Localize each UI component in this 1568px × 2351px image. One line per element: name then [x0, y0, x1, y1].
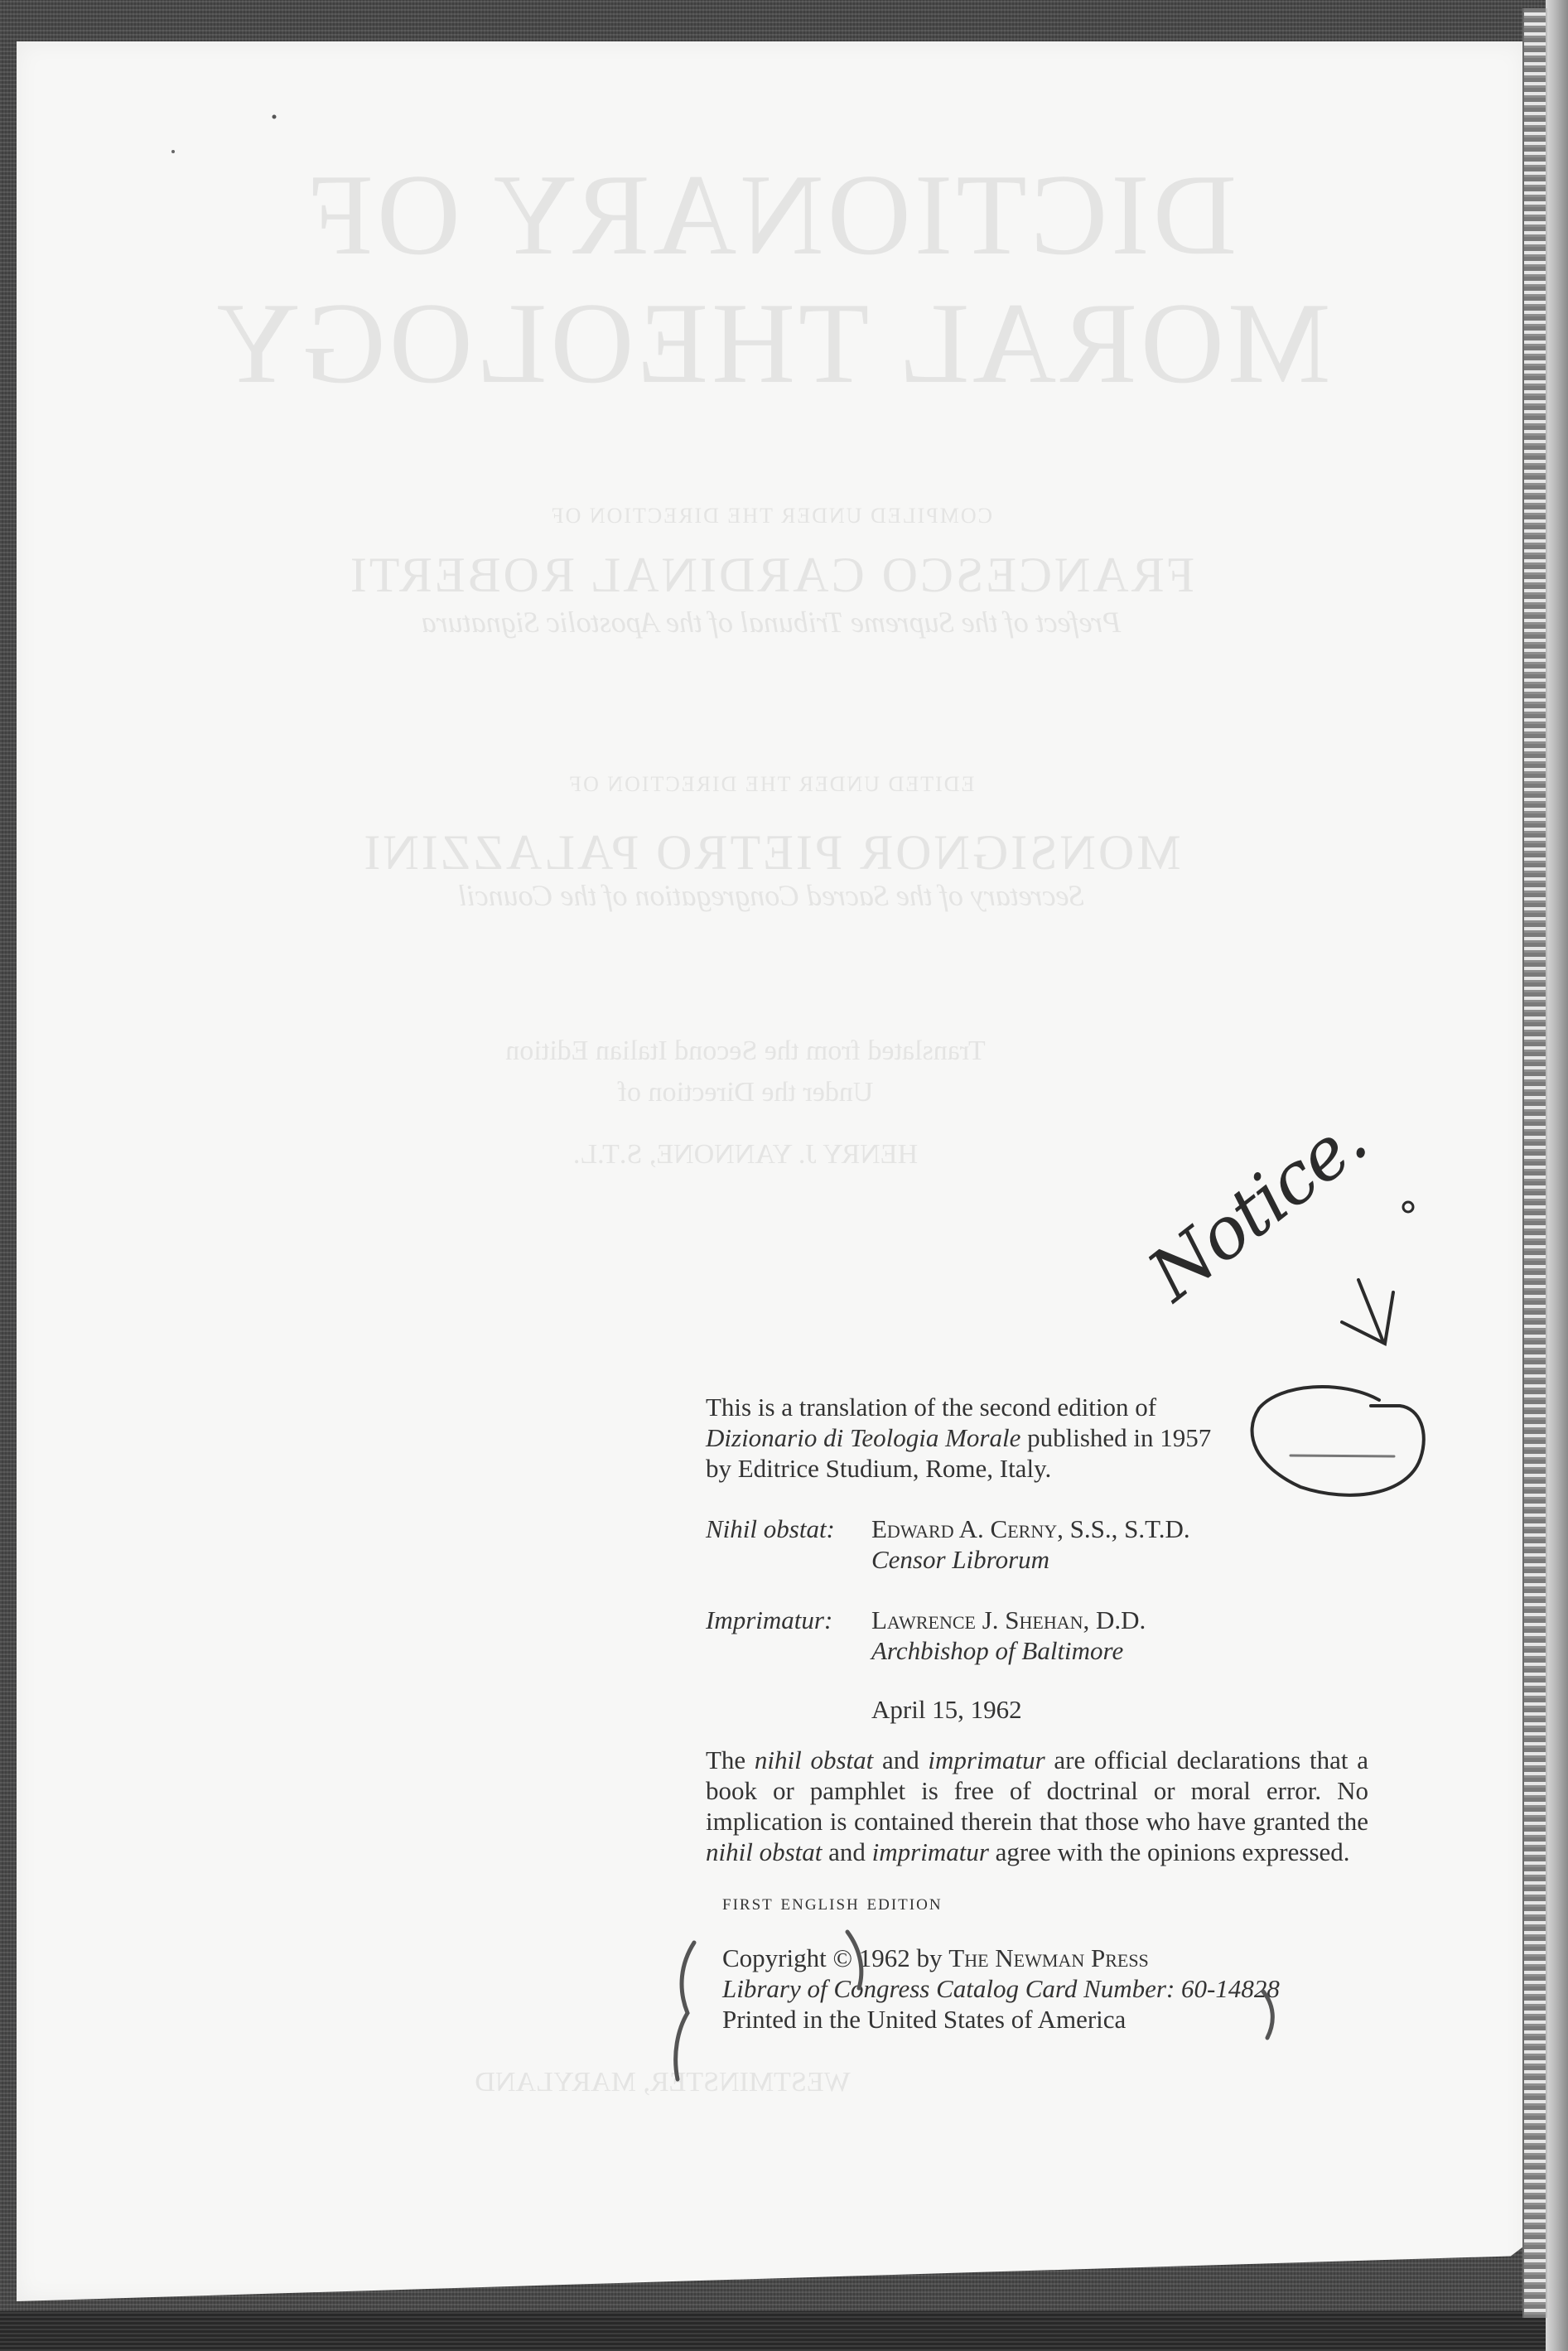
printed-in: Printed in the United States of America: [706, 2004, 1368, 2035]
imprimatur-label: Imprimatur:: [706, 1605, 871, 1635]
disclaimer-text: and: [822, 1837, 871, 1866]
lccn-label: Library of Congress Catalog Card Number:: [722, 1974, 1175, 2003]
ghost-cardinal-name: FRANCESCO CARDINAL ROBERTI: [17, 547, 1526, 604]
ghost-edited-label: EDITED UNDER THE DIRECTION OF: [17, 772, 1526, 797]
copyright-prefix: Copyright © 1962 by: [722, 1943, 948, 1972]
nihil-obstat-label: Nihil obstat:: [706, 1513, 871, 1544]
disclaimer-paragraph: The nihil obstat and imprimatur are offi…: [706, 1745, 1368, 1867]
ghost-monsignor-name: MONSIGNOR PIETRO PALAZZINI: [17, 824, 1526, 881]
edition-statement: FIRST ENGLISH EDITION: [706, 1887, 1368, 1918]
disclaimer-term: nihil obstat: [755, 1745, 873, 1774]
translation-note-line-3: by Editrice Studium, Rome, Italy.: [706, 1454, 1051, 1483]
disclaimer-text: and: [873, 1745, 928, 1774]
disclaimer-term: imprimatur: [928, 1745, 1045, 1774]
ghost-title-line-1: DICTIONARY OF: [17, 157, 1526, 273]
ghost-monsignor-title: Secretary of the Sacred Congregation of …: [17, 878, 1526, 913]
published-year: published in 1957: [1027, 1423, 1211, 1452]
approval-date: April 15, 1962: [706, 1694, 1368, 1725]
ghost-cardinal-title: Prefect of the Supreme Tribunal of the A…: [17, 605, 1526, 640]
imprimatur-name: Lawrence J. Shehan, D.D.: [871, 1605, 1146, 1635]
disclaimer-text: The: [706, 1745, 755, 1774]
ghost-translated-line-2: Under the Direction of: [331, 1077, 1160, 1108]
copyright-block: This is a translation of the second edit…: [706, 1392, 1368, 2035]
imprimatur-role: Archbishop of Baltimore: [706, 1635, 1368, 1666]
ghost-title-line-2: MORAL THEOLOGY: [17, 286, 1526, 402]
translation-note-line-1: This is a translation of the second edit…: [706, 1393, 1156, 1422]
copyright-line: Copyright © 1962 by The Newman Press: [706, 1943, 1368, 1973]
imprimatur: Imprimatur: Lawrence J. Shehan, D.D.: [706, 1605, 1368, 1635]
disclaimer-term: imprimatur: [872, 1837, 989, 1866]
lccn-line: Library of Congress Catalog Card Number:…: [706, 1973, 1368, 2004]
ghost-translated-line-1: Translated from the Second Italian Editi…: [331, 1036, 1160, 1067]
nihil-obstat-role: Censor Librorum: [706, 1544, 1368, 1575]
ghost-compiled-label: COMPILED UNDER THE DIRECTION OF: [17, 504, 1526, 529]
lccn-value: 60-14828: [1181, 1974, 1280, 2003]
book-cover-bottom-edge: [0, 2311, 1568, 2351]
book-spine-stitching: [1522, 8, 1547, 2318]
copyright-holder: The Newman Press: [948, 1943, 1149, 1972]
ghost-translator-name: HENRY J. YANNONE, S.T.L.: [331, 1139, 1160, 1171]
work-title: Dizionario di Teologia Morale: [706, 1423, 1020, 1452]
nihil-obstat-name: Edward A. Cerny, S.S., S.T.D.: [871, 1513, 1190, 1544]
translation-note: This is a translation of the second edit…: [706, 1392, 1368, 1484]
book-spine-outer: [1546, 0, 1568, 2351]
nihil-obstat: Nihil obstat: Edward A. Cerny, S.S., S.T…: [706, 1513, 1368, 1544]
disclaimer-term: nihil obstat: [706, 1837, 822, 1866]
ghost-publisher-place: WESTMINSTER, MARYLAND: [248, 2067, 1077, 2098]
disclaimer-text: agree with the opinions expressed.: [989, 1837, 1350, 1866]
